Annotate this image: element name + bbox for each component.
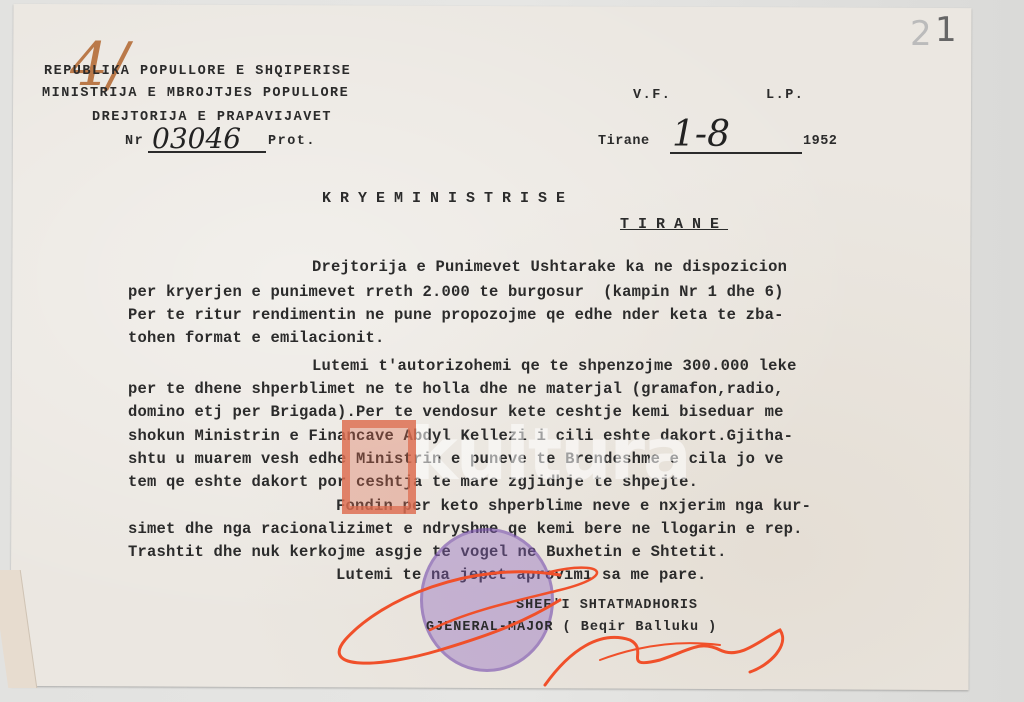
- watermark-logo-icon: [342, 420, 416, 514]
- red-signature: [0, 0, 1024, 702]
- watermark-text: kultura: [410, 412, 690, 496]
